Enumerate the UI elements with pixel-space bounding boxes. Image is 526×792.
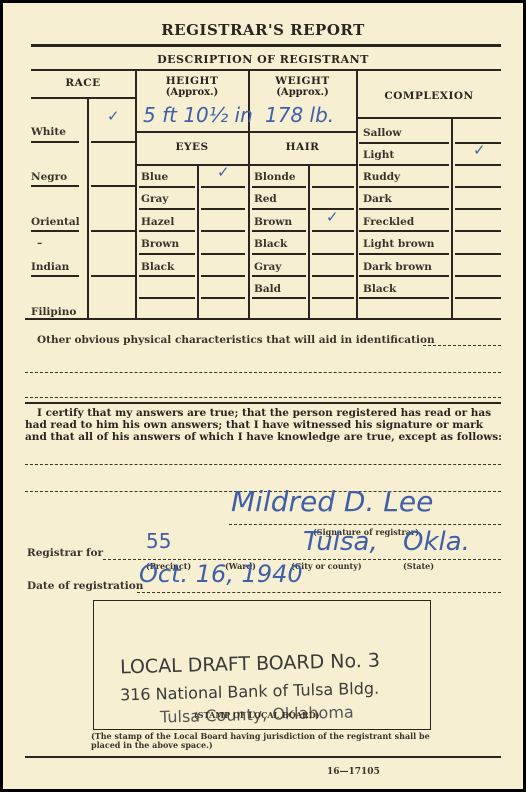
hair-blonde: Blonde: [254, 171, 296, 183]
hair-red: Red: [254, 193, 277, 205]
rule: [31, 230, 79, 232]
oriental-dash: –: [37, 237, 42, 249]
rule: [252, 230, 306, 232]
race-header-rule: [31, 97, 135, 99]
rule: [252, 253, 306, 255]
complexion-sallow: Sallow: [363, 127, 401, 139]
eyes-blue-check[interactable]: ✓: [217, 163, 230, 181]
divider-race-check: [87, 99, 89, 318]
rule: [359, 142, 449, 144]
other-characteristics-field-2[interactable]: [25, 372, 501, 373]
height-header-label: HEIGHT: [166, 75, 219, 87]
table-bottom-rule: [25, 318, 501, 320]
race-header: RACE: [31, 77, 135, 89]
weight-header-label: WEIGHT: [275, 75, 329, 87]
rule: [312, 275, 354, 277]
race-indian: Indian: [31, 261, 69, 273]
hair-brown-check[interactable]: ✓: [326, 208, 339, 226]
registrar-signature: Mildred D. Lee: [231, 485, 433, 518]
rule: [201, 297, 245, 299]
rule: [312, 230, 354, 232]
rule: [312, 208, 354, 210]
signature-line[interactable]: [229, 524, 501, 525]
rule: [91, 230, 135, 232]
rule: [201, 275, 245, 277]
height-value: 5 ft 10½ in: [143, 103, 253, 127]
rule: [139, 230, 195, 232]
rule: [455, 297, 501, 299]
complexion-header-rule: [357, 117, 501, 119]
date-of-registration-label: Date of registration: [27, 580, 143, 592]
rule: [359, 208, 449, 210]
divider-weight-complexion: [356, 70, 358, 318]
rule: [252, 208, 306, 210]
complexion-light: Light: [363, 149, 394, 161]
stamp-caption: (STAMP OF LOCAL BOARD): [194, 710, 319, 720]
race-negro: Negro: [31, 171, 67, 183]
section-rule: [25, 402, 501, 404]
rule: [139, 208, 195, 210]
weight-header-note: (Approx.): [249, 87, 356, 98]
complexion-freckled: Freckled: [363, 216, 414, 228]
hair-brown: Brown: [254, 216, 292, 228]
stamp-line-board: LOCAL DRAFT BOARD No. 3: [120, 650, 380, 679]
registrar-for-label: Registrar for: [27, 547, 103, 559]
height-weight-rule: [136, 131, 356, 133]
section-subtitle: DESCRIPTION OF REGISTRANT: [3, 53, 523, 66]
divider-race-height: [135, 70, 137, 318]
rule: [139, 186, 195, 188]
rule: [201, 230, 245, 232]
rule: [139, 297, 195, 299]
rule: [455, 230, 501, 232]
rule: [252, 186, 306, 188]
rule: [201, 208, 245, 210]
complexion-dark-brown: Dark brown: [363, 261, 432, 273]
divider-eyes-check: [197, 164, 199, 318]
certification-text: I certify that my answers are true; that…: [25, 407, 505, 443]
rule: [31, 141, 79, 143]
complexion-light-brown: Light brown: [363, 238, 434, 250]
eyes-gray: Gray: [141, 193, 168, 205]
height-header: HEIGHT (Approx.): [136, 75, 248, 98]
rule: [359, 275, 449, 277]
rule: [312, 297, 354, 299]
eyes-brown: Brown: [141, 238, 179, 250]
rule: [91, 141, 135, 143]
rule: [201, 253, 245, 255]
other-characteristics-label: Other obvious physical characteristics t…: [37, 334, 435, 346]
local-board-stamp-box: LOCAL DRAFT BOARD No. 3 316 National Ban…: [93, 600, 431, 730]
rule: [31, 275, 79, 277]
registrars-report-card: REGISTRAR'S REPORT DESCRIPTION OF REGIST…: [3, 3, 523, 789]
eyes-blue: Blue: [141, 171, 168, 183]
hair-black: Black: [254, 238, 287, 250]
state-value: Okla.: [403, 527, 470, 557]
complexion-header: COMPLEXION: [357, 90, 501, 102]
city-value: Tulsa,: [303, 527, 378, 557]
race-oriental: Oriental: [31, 216, 80, 228]
complexion-ruddy: Ruddy: [363, 171, 400, 183]
rule: [252, 297, 306, 299]
rule: [91, 185, 135, 187]
divider-complexion-check: [451, 117, 453, 318]
height-header-note: (Approx.): [136, 87, 248, 98]
precinct-value: 55: [146, 529, 171, 553]
stamp-note: (The stamp of the Local Board having jur…: [91, 732, 431, 750]
weight-value: 178 lb.: [265, 103, 334, 127]
rule: [359, 230, 449, 232]
weight-header: WEIGHT (Approx.): [249, 75, 356, 98]
other-characteristics-field-1[interactable]: [423, 345, 501, 346]
title-rule: [31, 44, 501, 47]
form-number: 16—17105: [327, 767, 380, 777]
eyes-black: Black: [141, 261, 174, 273]
rule: [312, 186, 354, 188]
rule: [359, 253, 449, 255]
other-characteristics-field-3[interactable]: [25, 397, 501, 398]
rule: [359, 186, 449, 188]
rule: [455, 208, 501, 210]
rule: [455, 275, 501, 277]
footer-rule: [25, 756, 501, 758]
race-filipino: Filipino: [31, 306, 76, 318]
rule: [252, 275, 306, 277]
rule: [455, 253, 501, 255]
eyes-hazel: Hazel: [141, 216, 174, 228]
rule: [359, 297, 449, 299]
date-of-registration-value: Oct. 16, 1940: [139, 560, 303, 588]
rule: [91, 275, 135, 277]
race-white-check[interactable]: ✓: [107, 107, 120, 125]
rule: [359, 164, 449, 166]
exceptions-field-1[interactable]: [25, 464, 501, 465]
divider-hair-check: [308, 164, 310, 318]
stamp-line-address: 316 National Bank of Tulsa Bldg.: [120, 679, 380, 705]
rule: [139, 253, 195, 255]
hair-gray: Gray: [254, 261, 281, 273]
complexion-dark: Dark: [363, 193, 392, 205]
date-of-registration-line[interactable]: [137, 592, 501, 593]
table-top-rule: [31, 69, 501, 71]
rule: [31, 185, 79, 187]
complexion-light-check[interactable]: ✓: [473, 141, 486, 159]
state-caption: (State): [403, 561, 434, 571]
rule: [139, 275, 195, 277]
rule: [312, 253, 354, 255]
rule: [455, 164, 501, 166]
eyes-hair-header-rule: [136, 164, 356, 166]
hair-bald: Bald: [254, 283, 281, 295]
hair-header: HAIR: [249, 141, 356, 153]
document-title: REGISTRAR'S REPORT: [3, 21, 523, 39]
complexion-black: Black: [363, 283, 396, 295]
rule: [201, 186, 245, 188]
eyes-header: EYES: [136, 141, 248, 153]
rule: [455, 186, 501, 188]
race-white: White: [31, 126, 66, 138]
